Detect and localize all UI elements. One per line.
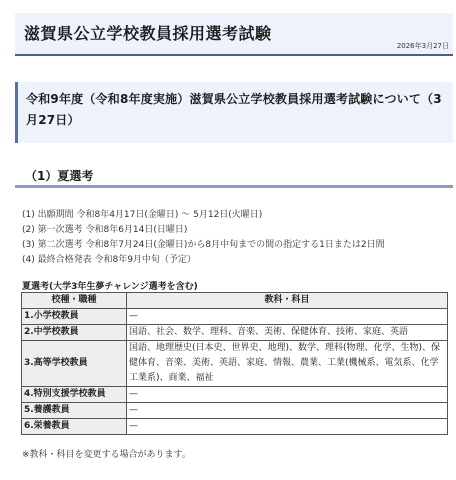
school-kind: 3.高等学校教員 bbox=[22, 341, 127, 387]
school-kind: 1.小学校教員 bbox=[22, 309, 127, 325]
table-row: 3.高等学校教員 国語、地理歴史(日本史、世界史、地理)、数学、理科(物理、化学… bbox=[22, 341, 448, 387]
table-row: 2.中学校教員 国語、社会、数学、理科、音楽、美術、保健体育、技術、家庭、英語 bbox=[22, 325, 448, 341]
subjects: 国語、地理歴史(日本史、世界史、地理)、数学、理科(物理、化学、生物)、保健体育… bbox=[127, 341, 448, 387]
schedule-item: (1) 出願期間 令和8年4月17日(金曜日) ～ 5月12日(火曜日) bbox=[22, 208, 385, 223]
footnote: ※教科・科目を変更する場合があります。 bbox=[22, 447, 191, 460]
table-row: 1.小学校教員 — bbox=[22, 309, 448, 325]
publish-date: 2026年3月27日 bbox=[397, 41, 449, 51]
table-header-row: 校種・職種 教科・科目 bbox=[22, 293, 448, 309]
school-kind: 4.特別支援学校教員 bbox=[22, 387, 127, 403]
table-row: 5.養護教員 — bbox=[22, 403, 448, 419]
table-caption: 夏選考(大学3年生夢チャレンジ選考を含む) bbox=[22, 279, 198, 292]
school-kind: 6.栄養教員 bbox=[22, 419, 127, 435]
article-title: 令和9年度（令和8年度実施）滋賀県公立学校教員採用選考試験について（3月27日） bbox=[26, 89, 444, 131]
subjects-table: 校種・職種 教科・科目 1.小学校教員 — 2.中学校教員 国語、社会、数学、理… bbox=[21, 292, 448, 435]
section-heading: （1）夏選考 bbox=[15, 164, 453, 188]
schedule-item: (3) 第二次選考 令和8年7月24日(金曜日)から8月中旬までの間の指定する1… bbox=[22, 238, 385, 253]
table-row: 6.栄養教員 — bbox=[22, 419, 448, 435]
school-kind: 5.養護教員 bbox=[22, 403, 127, 419]
column-header-kind: 校種・職種 bbox=[22, 293, 127, 309]
subjects: 国語、社会、数学、理科、音楽、美術、保健体育、技術、家庭、英語 bbox=[127, 325, 448, 341]
schedule-item: (4) 最終合格発表 令和8年9月中旬（予定） bbox=[22, 253, 385, 268]
school-kind: 2.中学校教員 bbox=[22, 325, 127, 341]
subjects: — bbox=[127, 403, 448, 419]
page-header: 滋賀県公立学校教員採用選考試験 2026年3月27日 bbox=[15, 13, 453, 56]
schedule-item: (2) 第一次選考 令和8年6月14日(日曜日) bbox=[22, 223, 385, 238]
subjects: — bbox=[127, 419, 448, 435]
subjects: — bbox=[127, 387, 448, 403]
page-title: 滋賀県公立学校教員採用選考試験 bbox=[24, 21, 272, 44]
column-header-subjects: 教科・科目 bbox=[127, 293, 448, 309]
article-heading: 令和9年度（令和8年度実施）滋賀県公立学校教員採用選考試験について（3月27日） bbox=[15, 82, 453, 143]
section-title: （1）夏選考 bbox=[25, 167, 93, 184]
schedule-list: (1) 出願期間 令和8年4月17日(金曜日) ～ 5月12日(火曜日) (2)… bbox=[22, 208, 385, 268]
table-row: 4.特別支援学校教員 — bbox=[22, 387, 448, 403]
subjects: — bbox=[127, 309, 448, 325]
